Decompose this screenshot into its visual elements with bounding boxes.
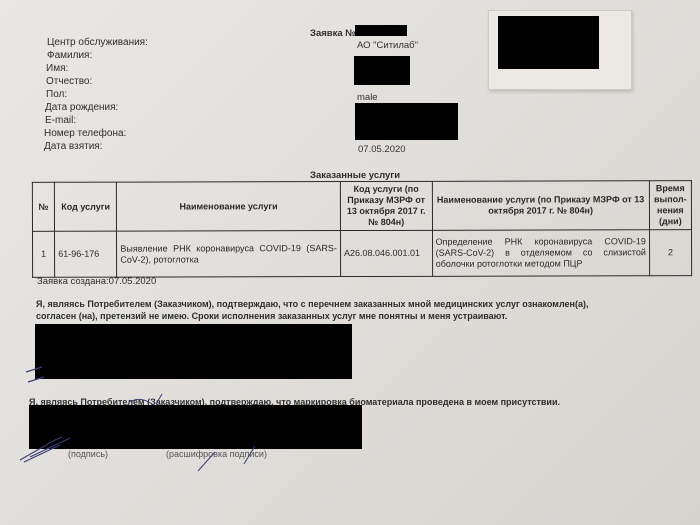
cell-mz-name: Определение РНК коронавируса COVID-19 (S… <box>432 230 649 277</box>
id-card <box>488 10 632 90</box>
order-created: Заявка создана:07.05.2020 <box>37 275 156 288</box>
label-email: E-mail: <box>45 114 148 127</box>
col-days: Время выпол-нения (дни) <box>649 181 691 230</box>
cell-number: 1 <box>33 231 55 277</box>
label-service-center: Центр обслуживания: <box>47 36 148 49</box>
label-collection-date: Дата взятия: <box>44 140 148 153</box>
label-phone: Номер телефона: <box>44 127 148 140</box>
signature-transcript-caption: (расшифровка подписи) <box>166 449 267 459</box>
label-sex: Пол: <box>46 88 148 101</box>
value-service-center: АО "Ситилаб" <box>357 40 418 51</box>
signature-2-redacted <box>29 405 362 449</box>
value-sex: male <box>357 92 378 103</box>
cell-days: 2 <box>649 230 691 276</box>
order-number-redacted <box>355 25 407 36</box>
cell-mz-code: A26.08.046.001.01 <box>340 230 432 276</box>
value-name-redacted <box>354 56 410 85</box>
label-surname: Фамилия: <box>47 49 148 62</box>
cell-code: 61-96-176 <box>55 231 117 277</box>
label-birth-date: Дата рождения: <box>45 101 148 114</box>
col-name: Наименование услуги <box>117 182 341 232</box>
table-row: 1 61-96-176 Выявление РНК коронавируса C… <box>33 230 692 278</box>
value-collection-date: 07.05.2020 <box>358 144 406 155</box>
col-mz-name: Наименование услуги (по Приказу МЗРФ от … <box>432 181 649 231</box>
patient-info-labels: Центр обслуживания: Фамилия: Имя: Отчест… <box>47 36 148 153</box>
col-mz-code: Код услуги (по Приказу МЗРФ от 13 октябр… <box>340 181 432 230</box>
signature-1-redacted <box>35 324 352 379</box>
col-code: Код услуги <box>55 182 117 231</box>
id-card-redacted <box>498 16 599 69</box>
label-name: Имя: <box>46 62 148 75</box>
services-table: № Код услуги Наименование услуги Код усл… <box>32 180 692 278</box>
signature-caption: (подпись) <box>68 449 108 459</box>
order-label: Заявка № <box>310 27 356 40</box>
consent-paragraph-1: Я, являясь Потребителем (Заказчиком), по… <box>36 298 626 322</box>
label-patronymic: Отчество: <box>46 75 148 88</box>
cell-name: Выявление РНК коронавируса COVID-19 (SAR… <box>117 231 341 278</box>
table-header-row: № Код услуги Наименование услуги Код усл… <box>32 181 691 232</box>
value-birth-email-redacted <box>355 103 458 140</box>
col-number: № <box>32 182 54 231</box>
